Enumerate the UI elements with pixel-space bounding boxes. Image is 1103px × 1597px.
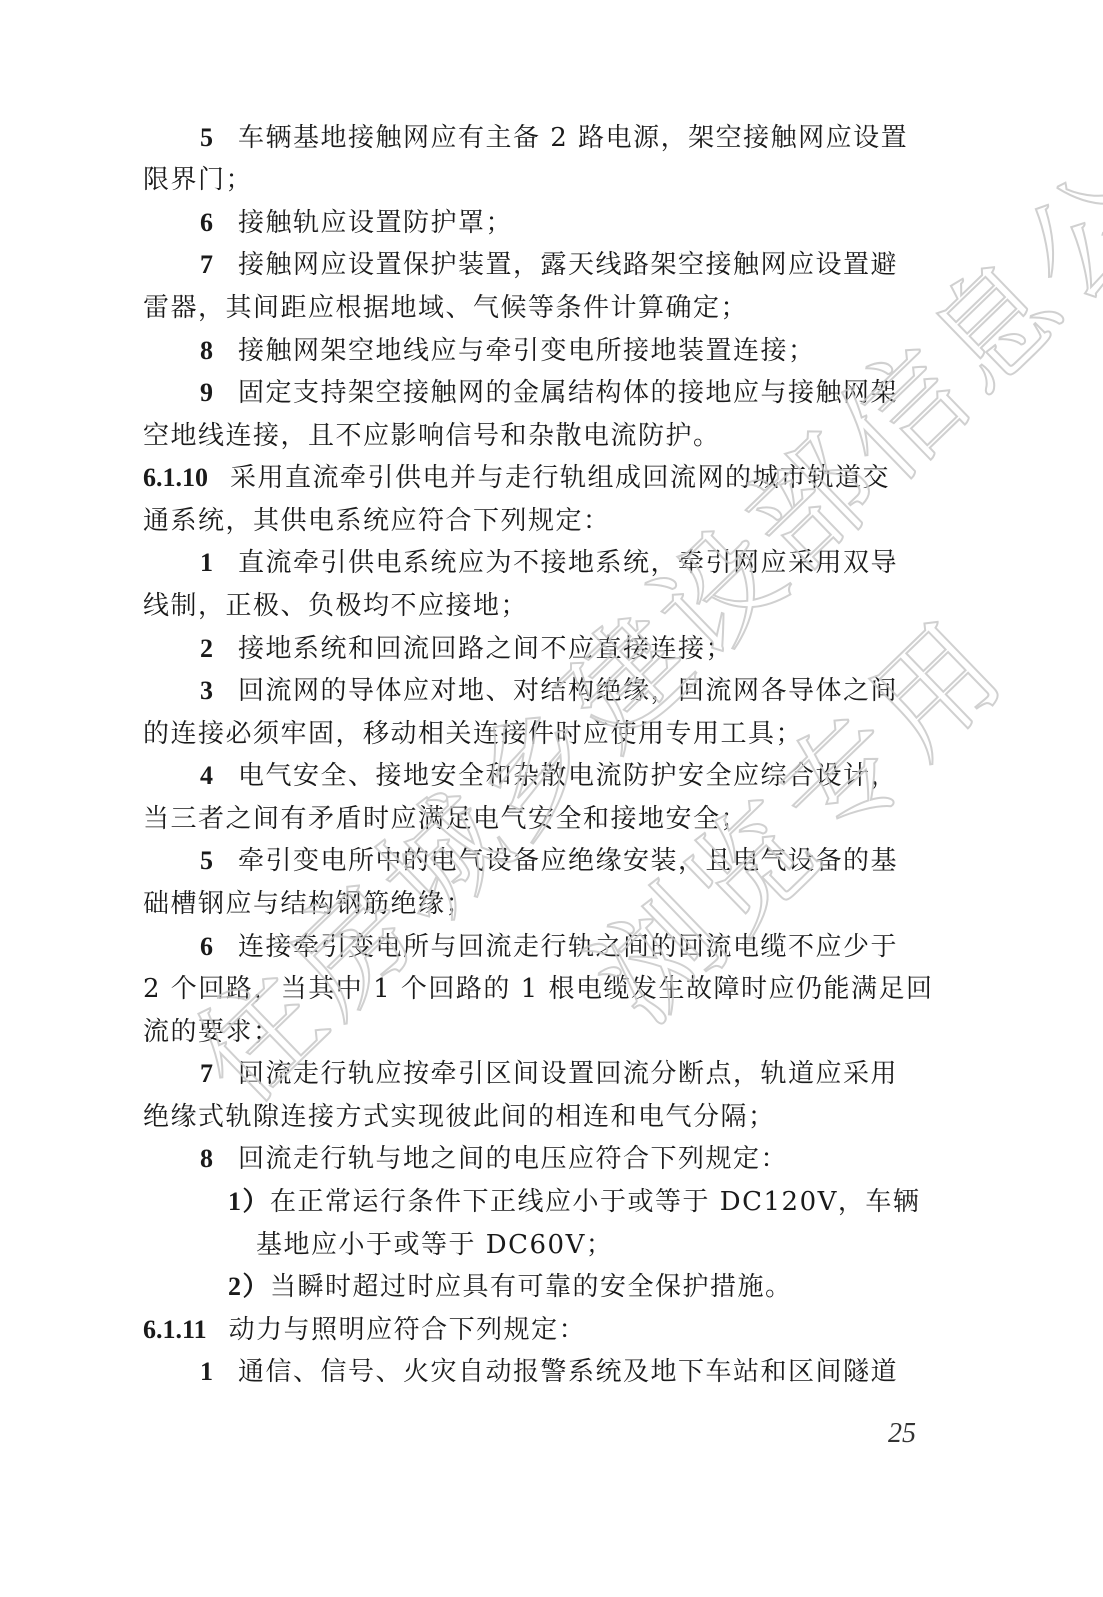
clause-text: 采用直流牵引供电并与走行轨组成回流网的城市轨道交 <box>230 463 890 493</box>
item-text: 接触网应设置保护装置，露天线路架空接触网应设置避 <box>238 250 898 280</box>
sub-item-1: 1）在正常运行条件下正线应小于或等于 DC120V，车辆 <box>228 1182 920 1222</box>
item-number: 5 <box>200 841 238 881</box>
item-8b: 8回流走行轨与地之间的电压应符合下列规定： <box>200 1139 788 1179</box>
continuation-line: 基地应小于或等于 DC60V； <box>256 1225 613 1265</box>
item-text: 接触网架空地线应与牵引变电所接地装置连接； <box>238 336 816 366</box>
sub-item-number: 2） <box>228 1272 270 1301</box>
item-number: 9 <box>200 373 238 413</box>
item-number: 5 <box>200 118 238 158</box>
item-number: 8 <box>200 331 238 371</box>
clause-number: 6.1.10 <box>143 458 208 498</box>
item-text: 电气安全、接地安全和杂散电流防护安全应综合设计， <box>238 761 898 791</box>
sub-item-2: 2）当瞬时超过时应具有可靠的安全保护措施。 <box>228 1267 793 1307</box>
item-number: 1 <box>200 543 238 583</box>
item-1: 1直流牵引供电系统应为不接地系统，牵引网应采用双导 <box>200 543 898 583</box>
continuation-line: 雷器，其间距应根据地域、气候等条件计算确定； <box>143 288 748 328</box>
item-text: 接触轨应设置防护罩； <box>238 208 513 238</box>
item-number: 4 <box>200 756 238 796</box>
item-6b: 6连接牵引变电所与回流走行轨之间的回流电缆不应少于 <box>200 927 898 967</box>
item-number: 1 <box>200 1352 238 1392</box>
item-5: 5车辆基地接触网应有主备 2 路电源，架空接触网应设置 <box>200 118 908 158</box>
clause-number: 6.1.11 <box>143 1310 207 1350</box>
item-text: 接地系统和回流回路之间不应直接连接； <box>238 634 733 664</box>
item-number: 8 <box>200 1139 238 1179</box>
sub-item-text: 当瞬时超过时应具有可靠的安全保护措施。 <box>270 1272 793 1302</box>
item-number: 7 <box>200 1054 238 1094</box>
clause-6-1-11: 6.1.11动力与照明应符合下列规定： <box>143 1310 586 1350</box>
continuation-line: 线制，正极、负极均不应接地； <box>143 586 528 626</box>
item-9: 9固定支持架空接触网的金属结构体的接地应与接触网架 <box>200 373 898 413</box>
item-text: 回流走行轨与地之间的电压应符合下列规定： <box>238 1144 788 1174</box>
item-1b: 1通信、信号、火灾自动报警系统及地下车站和区间隧道 <box>200 1352 898 1392</box>
item-4: 4电气安全、接地安全和杂散电流防护安全应综合设计， <box>200 756 898 796</box>
item-7b: 7回流走行轨应按牵引区间设置回流分断点，轨道应采用 <box>200 1054 898 1094</box>
clause-text: 动力与照明应符合下列规定： <box>229 1315 587 1345</box>
item-text: 通信、信号、火灾自动报警系统及地下车站和区间隧道 <box>238 1357 898 1387</box>
continuation-line: 限界门； <box>143 160 253 200</box>
item-text: 回流走行轨应按牵引区间设置回流分断点，轨道应采用 <box>238 1059 898 1089</box>
item-7: 7接触网应设置保护装置，露天线路架空接触网应设置避 <box>200 245 898 285</box>
item-text: 回流网的导体应对地、对结构绝缘，回流网各导体之间 <box>238 676 898 706</box>
continuation-line: 空地线连接，且不应影响信号和杂散电流防护。 <box>143 416 721 456</box>
item-8: 8接触网架空地线应与牵引变电所接地装置连接； <box>200 331 816 371</box>
continuation-line: 2 个回路，当其中 1 个回路的 1 根电缆发生故障时应仍能满足回 <box>143 969 933 1009</box>
continuation-line: 通系统，其供电系统应符合下列规定： <box>143 501 611 541</box>
continuation-line: 当三者之间有矛盾时应满足电气安全和接地安全； <box>143 799 748 839</box>
item-number: 7 <box>200 245 238 285</box>
item-text: 车辆基地接触网应有主备 2 路电源，架空接触网应设置 <box>238 123 908 153</box>
continuation-line: 础槽钢应与结构钢筋绝缘； <box>143 884 473 924</box>
continuation-line: 绝缘式轨隙连接方式实现彼此间的相连和电气分隔； <box>143 1097 776 1137</box>
item-6: 6接触轨应设置防护罩； <box>200 203 513 243</box>
clause-6-1-10: 6.1.10采用直流牵引供电并与走行轨组成回流网的城市轨道交 <box>143 458 890 498</box>
item-number: 6 <box>200 927 238 967</box>
item-text: 固定支持架空接触网的金属结构体的接地应与接触网架 <box>238 378 898 408</box>
item-3: 3回流网的导体应对地、对结构绝缘，回流网各导体之间 <box>200 671 898 711</box>
continuation-line: 流的要求； <box>143 1012 281 1052</box>
continuation-line: 的连接必须牢固，移动相关连接件时应使用专用工具； <box>143 714 803 754</box>
item-number: 6 <box>200 203 238 243</box>
item-number: 3 <box>200 671 238 711</box>
item-text: 直流牵引供电系统应为不接地系统，牵引网应采用双导 <box>238 548 898 578</box>
sub-item-text: 在正常运行条件下正线应小于或等于 DC120V，车辆 <box>270 1187 920 1217</box>
item-2: 2接地系统和回流回路之间不应直接连接； <box>200 629 733 669</box>
page-number: 25 <box>888 1418 916 1450</box>
item-number: 2 <box>200 629 238 669</box>
item-text: 牵引变电所中的电气设备应绝缘安装，且电气设备的基 <box>238 846 898 876</box>
sub-item-number: 1） <box>228 1187 270 1216</box>
item-5b: 5牵引变电所中的电气设备应绝缘安装，且电气设备的基 <box>200 841 898 881</box>
item-text: 连接牵引变电所与回流走行轨之间的回流电缆不应少于 <box>238 932 898 962</box>
